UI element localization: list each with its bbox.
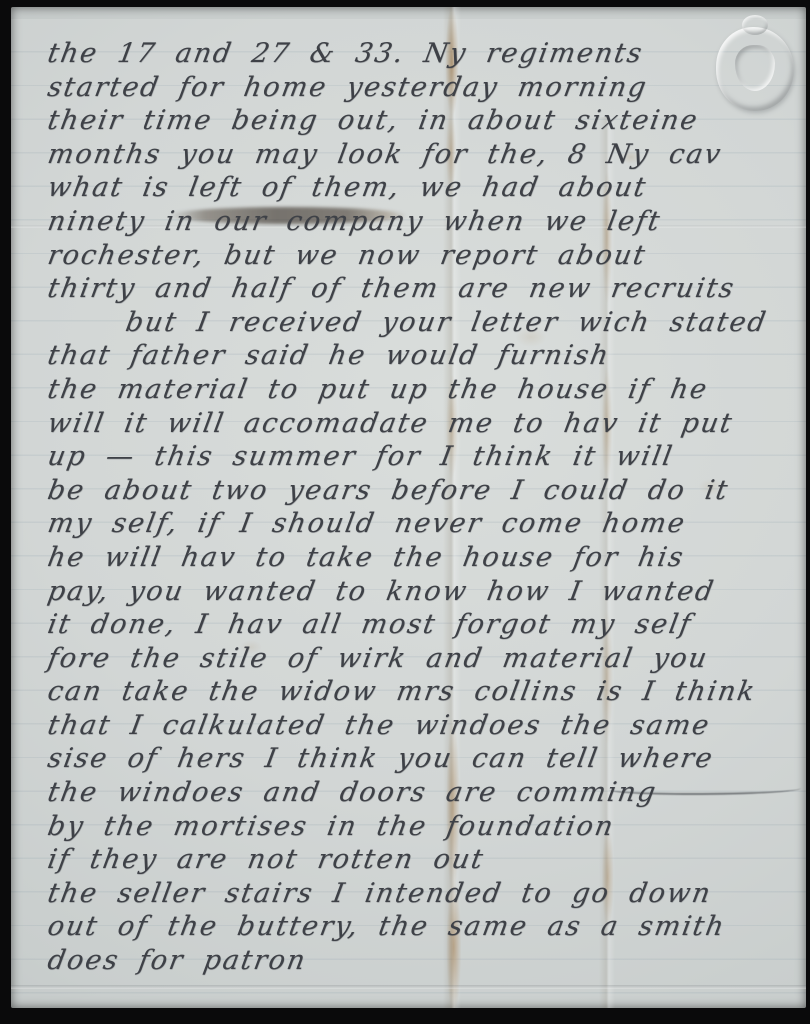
letter-line: if they are not rotten out	[45, 843, 810, 877]
letter-line: can take the widow mrs collins is I thin…	[45, 675, 810, 709]
letter-line: that father said he would furnish	[45, 339, 810, 373]
letter-line: by the mortises in the foundation	[45, 810, 810, 844]
letter-line: be about two years before I could do it	[45, 474, 810, 508]
letter-line: out of the buttery, the same as a smith	[45, 910, 810, 944]
letter-line: their time being out, in about sixteine	[45, 104, 810, 138]
letter-line: but I received your letter wich stated	[45, 306, 810, 340]
horizontal-fold-crease-lower	[11, 985, 806, 989]
letter-line: up — this summer for I think it will	[45, 440, 810, 474]
letter-line: thirty and half of them are new recruits	[45, 272, 810, 306]
letter-line: started for home yesterday morning	[45, 71, 810, 105]
letter-line: sise of hers I think you can tell where	[45, 742, 810, 776]
letter-line: what is left of them, we had about	[45, 171, 810, 205]
letter-paper: the 17 and 27 & 33. Ny regimentsstarted …	[11, 7, 806, 1008]
letter-line: my self, if I should never come home	[45, 507, 810, 541]
letter-line: rochester, but we now report about	[45, 239, 810, 273]
letter-line: months you may look for the, 8 Ny cav	[45, 138, 810, 172]
letter-line: he will hav to take the house for his	[45, 541, 810, 575]
letter-line: will it will accomadate me to hav it put	[45, 407, 810, 441]
letter-line: pay, you wanted to know how I wanted	[45, 575, 810, 609]
scan-background: the 17 and 27 & 33. Ny regimentsstarted …	[0, 0, 810, 1024]
letter-line: that I calkulated the windoes the same	[45, 709, 810, 743]
letter-line: the seller stairs I intended to go down	[45, 877, 810, 911]
letter-body: the 17 and 27 & 33. Ny regimentsstarted …	[45, 37, 806, 978]
embossed-seal-crest-icon	[742, 15, 768, 35]
letter-line: the 17 and 27 & 33. Ny regiments	[45, 37, 810, 71]
letter-line: fore the stile of wirk and material you	[45, 642, 810, 676]
letter-line: ninety in our company when we left	[45, 205, 810, 239]
letter-line: it done, I hav all most forgot my self	[45, 608, 810, 642]
letter-line: the material to put up the house if he	[45, 373, 810, 407]
letter-line: does for patron	[45, 944, 810, 978]
